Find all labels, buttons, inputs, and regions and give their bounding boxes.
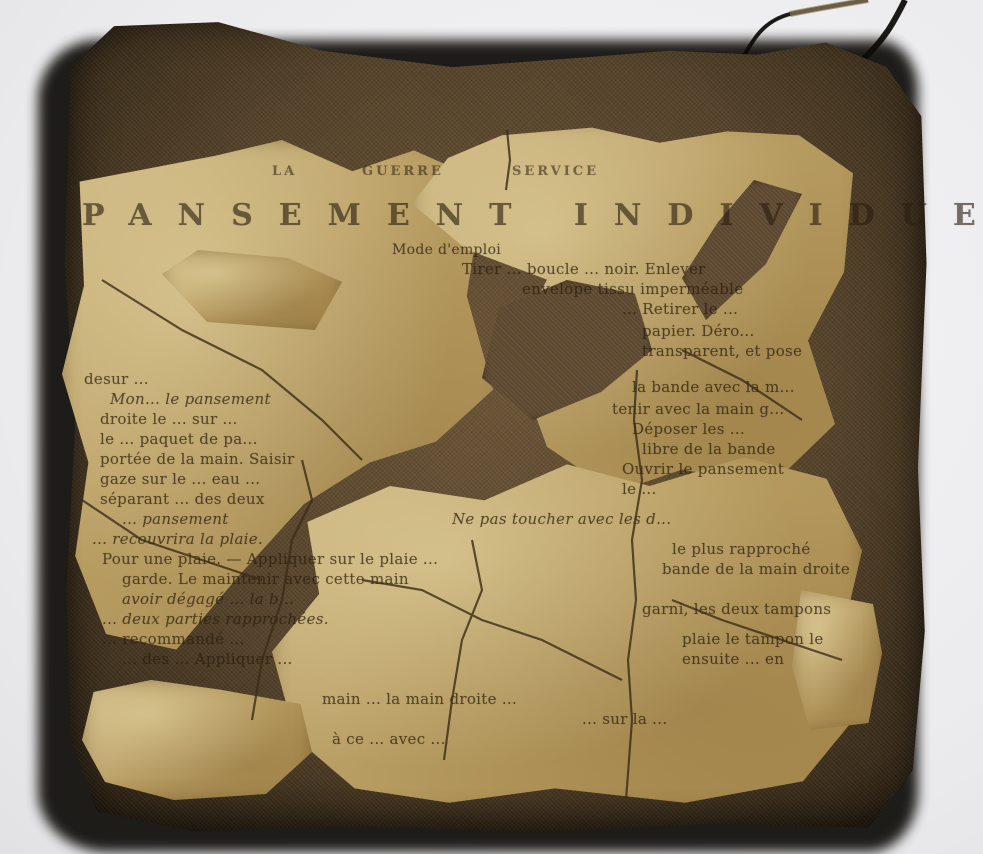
paper-cracks (62, 120, 862, 810)
photo-scene: LA GUERRE SERVICE PANSEMENT INDIVIDUEL M… (0, 0, 983, 854)
